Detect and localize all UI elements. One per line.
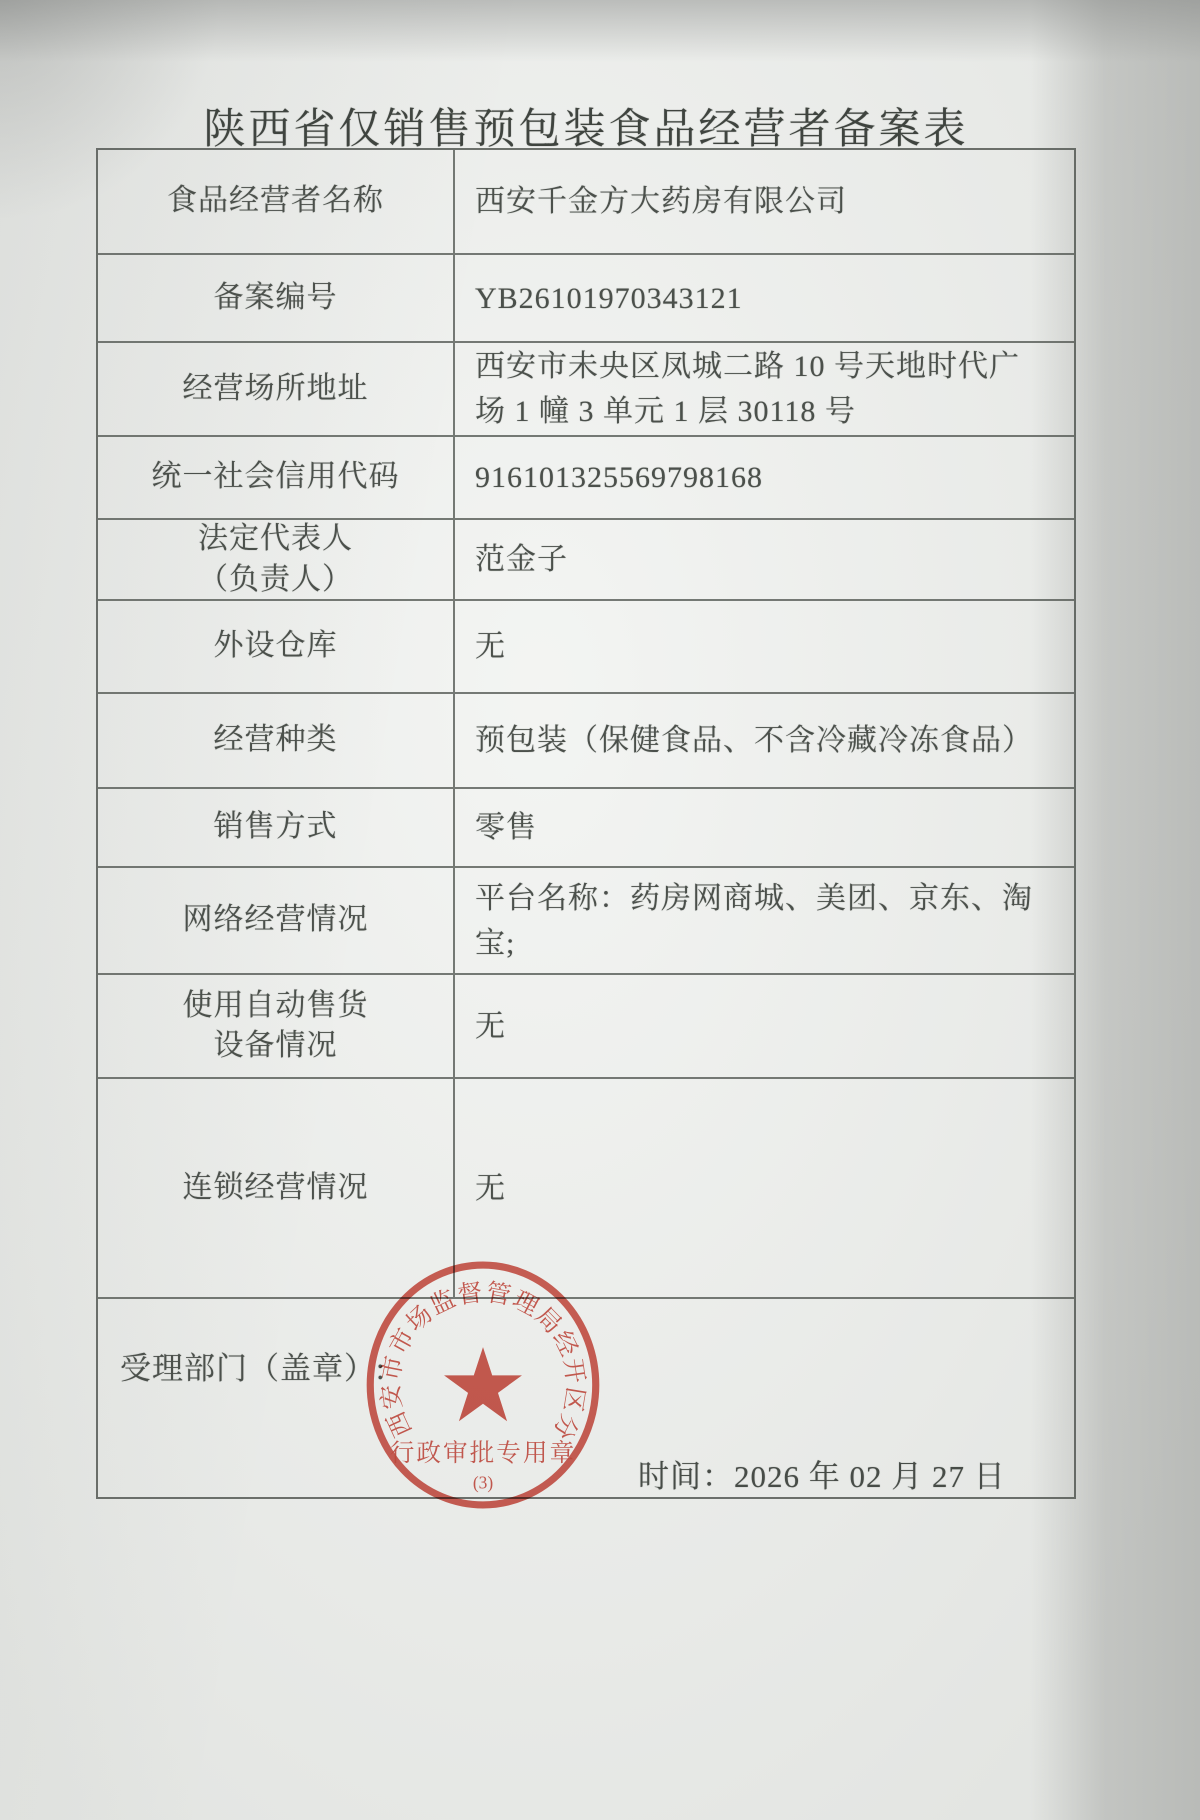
row-label: 网络经营情况 [98, 868, 455, 973]
filing-date-label: 时间：2026 年 02 月 27 日 [638, 1451, 1006, 1496]
row-label: 法定代表人 （负责人） [98, 520, 455, 599]
table-row: 销售方式 零售 [98, 789, 1074, 868]
stamp-number-text: (3) [473, 1473, 493, 1493]
row-value: 916101325569798168 [455, 437, 1074, 518]
stamp-title-text: 行政审批专用章 [390, 1439, 576, 1467]
table-row: 经营种类 预包装（保健食品、不含冷藏冷冻食品） [98, 694, 1074, 789]
star-icon [444, 1347, 522, 1421]
row-label: 经营种类 [98, 694, 455, 787]
table-row: 备案编号 YB26101970343121 [98, 255, 1074, 343]
row-label: 使用自动售货 设备情况 [98, 975, 455, 1077]
table-row: 经营场所地址 西安市未央区凤城二路 10 号天地时代广 场 1 幢 3 单元 1… [98, 343, 1074, 437]
row-label: 统一社会信用代码 [98, 437, 455, 518]
table-row: 统一社会信用代码 916101325569798168 [98, 437, 1074, 520]
official-seal-stamp: 西安市市场监督管理局经开区分局 行政审批专用章 (3) [360, 1256, 606, 1514]
row-label: 销售方式 [98, 789, 455, 866]
table-row: 使用自动售货 设备情况 无 [98, 975, 1074, 1079]
row-value: YB26101970343121 [455, 255, 1074, 341]
table-row: 网络经营情况 平台名称：药房网商城、美团、京东、淘 宝; [98, 868, 1074, 975]
row-label: 备案编号 [98, 255, 455, 341]
row-value: 无 [455, 975, 1074, 1077]
table-row: 法定代表人 （负责人） 范金子 [98, 520, 1074, 601]
row-label: 外设仓库 [98, 601, 455, 692]
row-value: 西安市未央区凤城二路 10 号天地时代广 场 1 幢 3 单元 1 层 3011… [455, 343, 1074, 435]
row-label: 食品经营者名称 [98, 150, 455, 253]
row-value: 无 [455, 601, 1074, 692]
row-value: 零售 [455, 789, 1074, 866]
row-value: 预包装（保健食品、不含冷藏冷冻食品） [455, 694, 1074, 787]
table-row: 外设仓库 无 [98, 601, 1074, 694]
row-value: 范金子 [455, 520, 1074, 599]
table-row: 食品经营者名称 西安千金方大药房有限公司 [98, 150, 1074, 255]
row-value: 西安千金方大药房有限公司 [455, 150, 1074, 253]
row-label: 经营场所地址 [98, 343, 455, 435]
accept-department-label: 受理部门（盖章）: [120, 1343, 386, 1388]
page-title: 陕西省仅销售预包装食品经营者备案表 [96, 96, 1076, 156]
document-page: 陕西省仅销售预包装食品经营者备案表 食品经营者名称 西安千金方大药房有限公司 备… [0, 0, 1200, 1820]
stamp-arc-text: 西安市市场监督管理局经开区分局 [360, 1256, 589, 1445]
row-value: 平台名称：药房网商城、美团、京东、淘 宝; [455, 868, 1074, 973]
